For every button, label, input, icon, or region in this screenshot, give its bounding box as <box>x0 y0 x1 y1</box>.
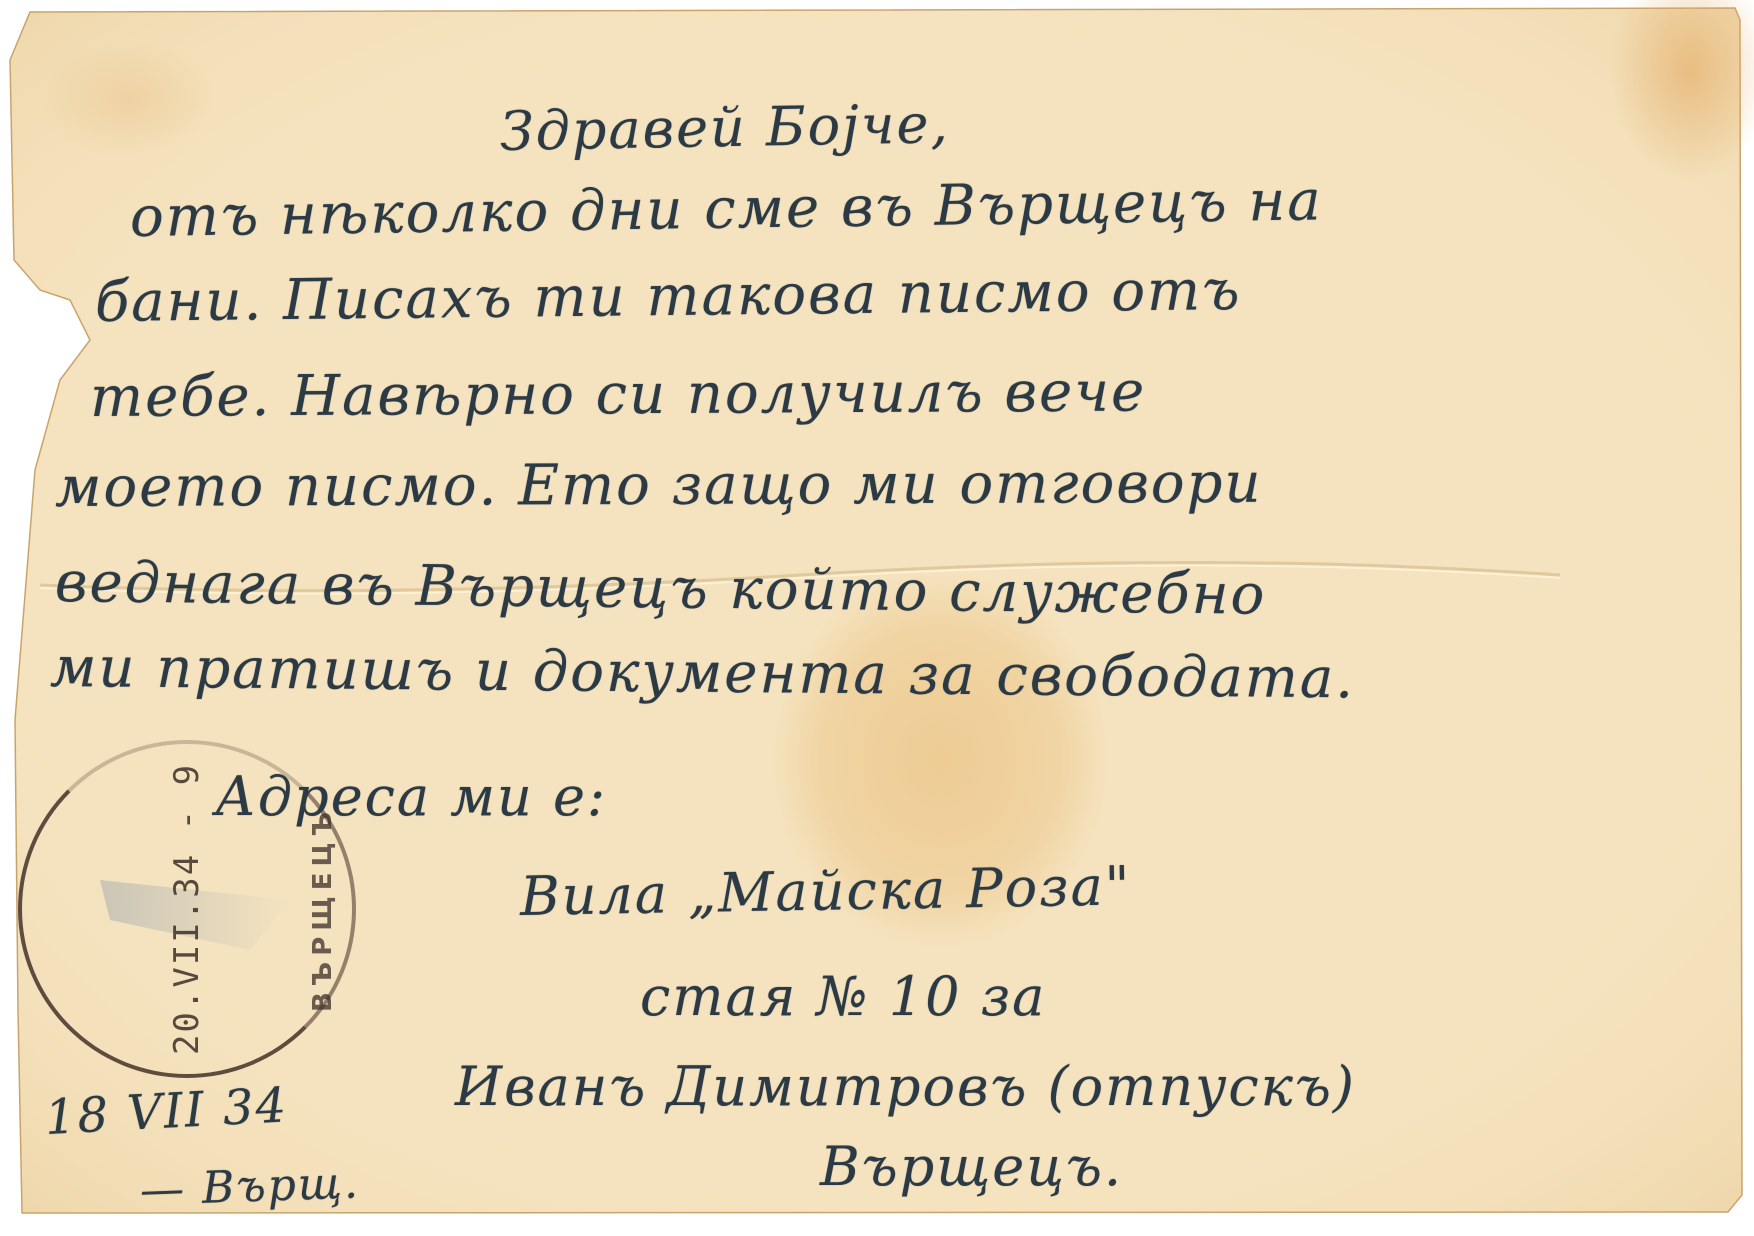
address-line-name: Иванъ Димитровъ (отпускъ) <box>455 1055 1356 1118</box>
letter-line: моето писмо. Ето защо ми отговори <box>55 451 1263 520</box>
address-line-room: стая № 10 за <box>640 965 1046 1028</box>
handwritten-place: — Върщ. <box>139 1157 360 1216</box>
letter-line: веднага въ Върщецъ който служебно <box>55 550 1267 628</box>
letter-line: тебе. Навѣрно си получилъ вече <box>90 359 1147 430</box>
letter-line: Адреса ми е: <box>215 765 607 828</box>
letter-line: ми пратишъ и документа за свободата. <box>50 635 1356 711</box>
address-line-villa: Вила „Майска Роза" <box>519 854 1132 928</box>
postcard: ВЪРЩЕЦЪ 20.VII.34 - 9 Здравей Бојче, отъ… <box>0 0 1754 1236</box>
address-line-town: Върщецъ. <box>820 1135 1123 1198</box>
letter-line: бани. Писахъ ти такова писмо отъ <box>95 258 1242 335</box>
postmark-date: 20.VII.34 - 9 <box>167 763 207 1055</box>
letter-greeting: Здравей Бојче, <box>499 92 950 163</box>
